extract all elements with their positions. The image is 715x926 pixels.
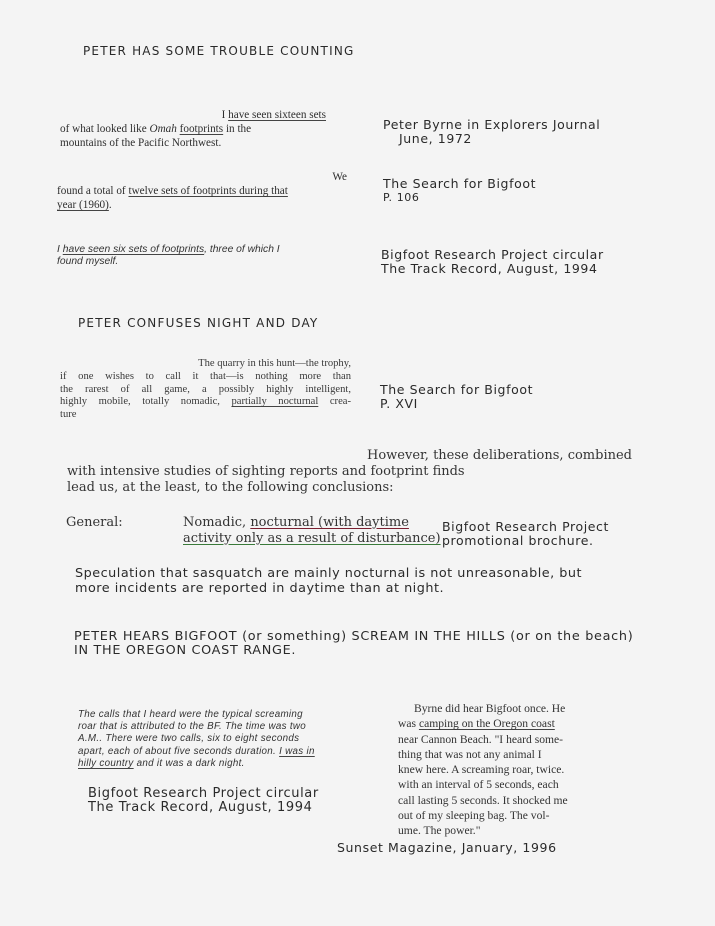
- quote-line: out of my sleeping bag. The vol-: [398, 808, 568, 823]
- quote-line: ture: [60, 409, 351, 422]
- underlined-phrase: camping on the Oregon coast: [419, 717, 555, 730]
- quote-line: with an interval of 5 seconds, each: [398, 777, 568, 792]
- underlined-phrase: have seen sixteen sets: [228, 109, 326, 121]
- quote-line: found myself.: [57, 256, 280, 268]
- quote-track-record-scream: The calls that I heard were the typical …: [78, 709, 315, 770]
- quote-track-record-1994: I have seen six sets of footprints, thre…: [57, 244, 280, 268]
- quote-line: ume. The power.": [398, 823, 568, 838]
- intro-line: However, these deliberations, combined: [67, 448, 632, 464]
- quote-explorers-journal: I have seen sixteen sets of what looked …: [60, 108, 326, 150]
- heading-night-and-day: PETER CONFUSES NIGHT AND DAY: [78, 316, 318, 330]
- underlined-phrase: I was in: [279, 746, 315, 757]
- underlined-phrase: nocturnal (with daytime: [250, 515, 409, 530]
- brochure-general-value: Nomadic, nocturnal (with daytime activit…: [183, 515, 441, 547]
- citation-search-for-bigfoot-pxvi: The Search for Bigfoot P. XVI: [380, 383, 533, 411]
- quote-line: I have seen sixteen sets: [222, 109, 326, 121]
- quote-sunset-magazine: Byrne did hear Bigfoot once. He was camp…: [398, 701, 568, 839]
- intro-line: with intensive studies of sighting repor…: [67, 464, 632, 480]
- brochure-general-label: General:: [66, 515, 123, 531]
- quote-line: call lasting 5 seconds. It shocked me: [398, 793, 568, 808]
- quote-line: thing that was not any animal I: [398, 747, 568, 762]
- speculation-quote: Speculation that sasquatch are mainly no…: [75, 567, 582, 596]
- quote-line: roar that is attributed to the BF. The t…: [78, 721, 315, 733]
- citation-explorers-journal: Peter Byrne in Explorers Journal June, 1…: [383, 118, 600, 146]
- quote-line: I have seen six sets of footprints, thre…: [57, 244, 280, 256]
- citation-promotional-brochure: Bigfoot Research Project promotional bro…: [442, 520, 609, 548]
- citation-sunset-magazine: Sunset Magazine, January, 1996: [337, 841, 557, 855]
- quote-search-for-bigfoot-p106: We found a total of twelve sets of footp…: [57, 170, 347, 212]
- quote-line: We: [57, 170, 347, 184]
- quote-line: knew here. A screaming roar, twice.: [398, 762, 568, 777]
- quote-line: The calls that I heard were the typical …: [78, 709, 315, 721]
- citation-search-for-bigfoot-p106: The Search for Bigfoot P. 106: [383, 177, 536, 205]
- quote-line: The quarry in this hunt—the trophy,: [60, 358, 351, 371]
- quote-line: found a total of twelve sets of footprin…: [57, 184, 347, 198]
- quote-line: highly mobile, totally nomadic, partiall…: [60, 396, 351, 409]
- quote-line: of what looked like Omah footprints in t…: [60, 122, 251, 136]
- quote-line: the rarest of all game, a possibly highl…: [60, 384, 351, 397]
- heading-trouble-counting: PETER HAS SOME TROUBLE COUNTING: [83, 44, 355, 58]
- quote-line: apart, each of about five seconds durati…: [78, 746, 315, 758]
- quote-line: Byrne did hear Bigfoot once. He: [398, 701, 568, 716]
- value-line: activity only as a result of disturbance…: [183, 531, 441, 547]
- heading-scream: PETER HEARS BIGFOOT (or something) SCREA…: [74, 630, 633, 658]
- underlined-phrase: have seen six sets of footprints: [63, 244, 204, 255]
- quote-line: hilly country and it was a dark night.: [78, 758, 315, 770]
- value-line: Nomadic, nocturnal (with daytime: [183, 515, 441, 531]
- speculation-line: Speculation that sasquatch are mainly no…: [75, 567, 582, 582]
- speculation-line: more incidents are reported in daytime t…: [75, 582, 582, 597]
- quote-line: was camping on the Oregon coast: [398, 716, 568, 731]
- quote-line: A.M.. There were two calls, six to eight…: [78, 733, 315, 745]
- quote-line: mountains of the Pacific Northwest.: [60, 136, 326, 150]
- brochure-intro: However, these deliberations, combined w…: [67, 448, 632, 496]
- underlined-phrase: twelve sets of footprints during that: [128, 185, 287, 197]
- underlined-phrase: partially nocturnal: [231, 396, 318, 407]
- quote-line: year (1960).: [57, 198, 347, 212]
- quote-search-for-bigfoot-pxvi: The quarry in this hunt—the trophy, if o…: [60, 358, 351, 422]
- intro-line: lead us, at the least, to the following …: [67, 480, 632, 496]
- quote-line: if one wishes to call it that—is nothing…: [60, 371, 351, 384]
- quote-line: near Cannon Beach. "I heard some-: [398, 732, 568, 747]
- citation-track-record-scream: Bigfoot Research Project circular The Tr…: [88, 787, 319, 815]
- citation-track-record-1994: Bigfoot Research Project circular The Tr…: [381, 248, 604, 276]
- underlined-phrase: activity only as a result of disturbance…: [183, 531, 441, 546]
